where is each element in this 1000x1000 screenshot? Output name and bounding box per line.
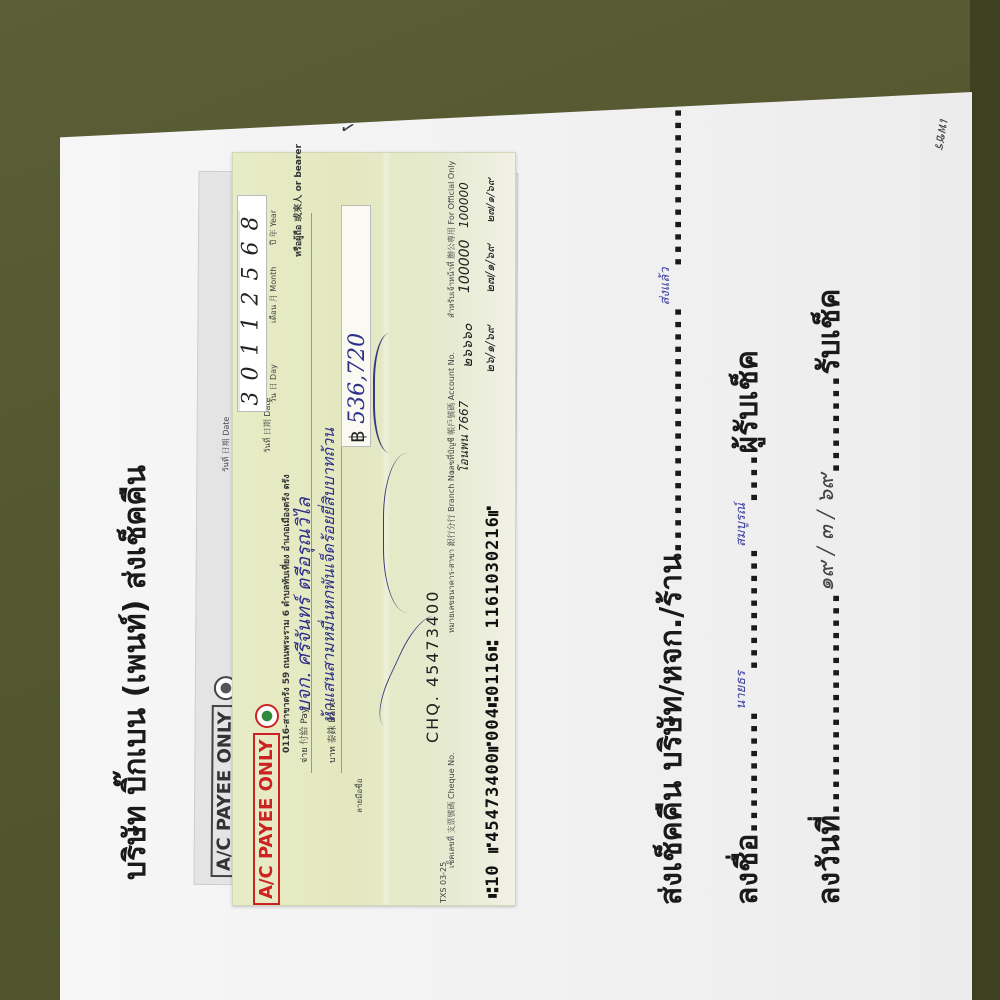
- official-note-3: 100000: [457, 182, 471, 228]
- cheque-number-label: CHQ.: [423, 694, 442, 743]
- date-subtitle-day: วัน 日 Day: [267, 364, 280, 403]
- date-subtitle-year: ปี 年 Year: [267, 210, 280, 245]
- official-note-1: ๒๖๖๖๐: [457, 324, 479, 368]
- receiver-label: ผู้รับเช็ค: [730, 350, 765, 453]
- return-to-company-line: ส่งเช็คคืน บริษัท/หจก./ร้าน.............…: [648, 106, 695, 905]
- micr-label-cheque-no: เช็คเลขที่ 支票號碼 Cheque No.: [445, 753, 458, 868]
- document-heading: บริษัท บิ๊กเบน (เพนท์) ส่งเช็คคืน: [112, 465, 159, 880]
- receive-label: รับเช็ค: [812, 289, 847, 375]
- amount-in-words: ห้าแสนสามหมื่นหกพันเจ็ดร้อยยี่สิบบาทถ้วน: [317, 428, 342, 723]
- handwritten-status: ส่งแล้ว: [658, 267, 673, 305]
- official-note-transfer: โอนพน 7667: [455, 401, 474, 473]
- official-note-2: 100000: [457, 240, 473, 293]
- bank-logo-icon: [255, 704, 279, 728]
- sign-label: ลงชื่อ: [730, 834, 765, 905]
- cheque: A/C PAYEE ONLY 0116-สาขาตรัง 59 ถนนพระรา…: [232, 152, 516, 906]
- date-subtitle-month: เดือน 月 Month: [267, 267, 280, 323]
- payee-name: บจก. ศรีจันทร์ ตรีอรุณวิไล: [289, 497, 319, 713]
- handwritten-last-name: สมบูรณ์: [734, 503, 749, 547]
- signature-label: ลายมือชื่อ: [353, 779, 366, 813]
- pay-label: จ่าย 付給 Pay: [297, 708, 311, 763]
- crossing-stamp: A/C PAYEE ONLY: [253, 733, 280, 905]
- handwritten-date: ๑๙ / ๓ / ๖๙: [814, 474, 839, 592]
- official-note-5: ๒๗/๑/๖๙: [481, 244, 500, 293]
- date-field: 3 0 1 1 2 5 6 8: [237, 195, 267, 412]
- return-label: ส่งเช็คคืน บริษัท/หจก./ร้าน: [654, 553, 689, 905]
- baht-symbol: ฿: [345, 430, 369, 443]
- crossing-stamp-group: A/C PAYEE ONLY: [255, 704, 279, 905]
- signature-line: ลงชื่อ..........นายธร..........สมบูรณ์..…: [724, 350, 771, 905]
- dots: ....................: [654, 305, 689, 553]
- official-note-6: ๒๗/๑/๖๙: [481, 178, 499, 223]
- micr-label-branch-no: หมายเลขธนาคาร-สาขา 銀行分行 Branch No.: [445, 468, 458, 633]
- signature: [373, 333, 415, 453]
- amount-numeric: 536,720: [345, 333, 370, 424]
- date-label: ลงวันที่: [812, 815, 847, 905]
- or-bearer-label: หรือผู้ถือ 或來人 or bearer: [291, 144, 305, 257]
- handwritten-first-name: นายธร: [734, 671, 749, 710]
- date-line: ลงวันที่..................๑๙ / ๓ / ๖๙...…: [806, 289, 853, 905]
- cheque-number: 45473400: [423, 590, 442, 687]
- micr-line: ⑆10 ⑈45473400⑈004⑆0116⑆ 1161030216⑈: [483, 505, 503, 898]
- official-note-4: ๒๖/๑/๖๙: [481, 325, 500, 373]
- background-edge: [970, 0, 1000, 1000]
